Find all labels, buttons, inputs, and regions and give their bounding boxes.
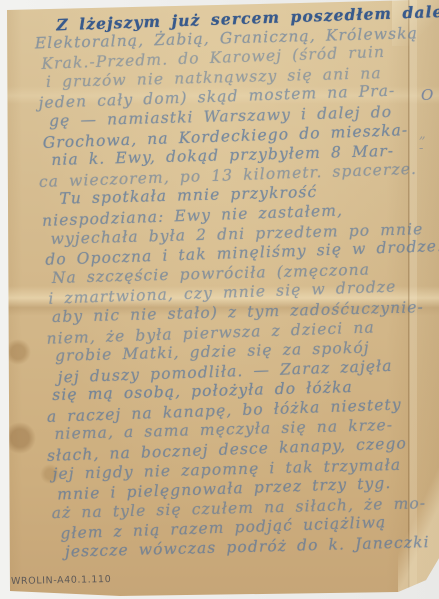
paper-sheet: Z lżejszym już sercem poszedłem dalej, S… [0, 0, 439, 599]
scanned-letter-scene: Z lżejszym już sercem poszedłem dalej, S… [0, 0, 439, 599]
letter-body: Z lżejszym już sercem poszedłem dalej, S… [34, 3, 439, 563]
adjacent-page-text-fragment: O [421, 86, 433, 104]
adjacent-page-marks: „ - [419, 128, 427, 156]
archive-reference: WROLIN-A40.1.110 [11, 574, 112, 587]
